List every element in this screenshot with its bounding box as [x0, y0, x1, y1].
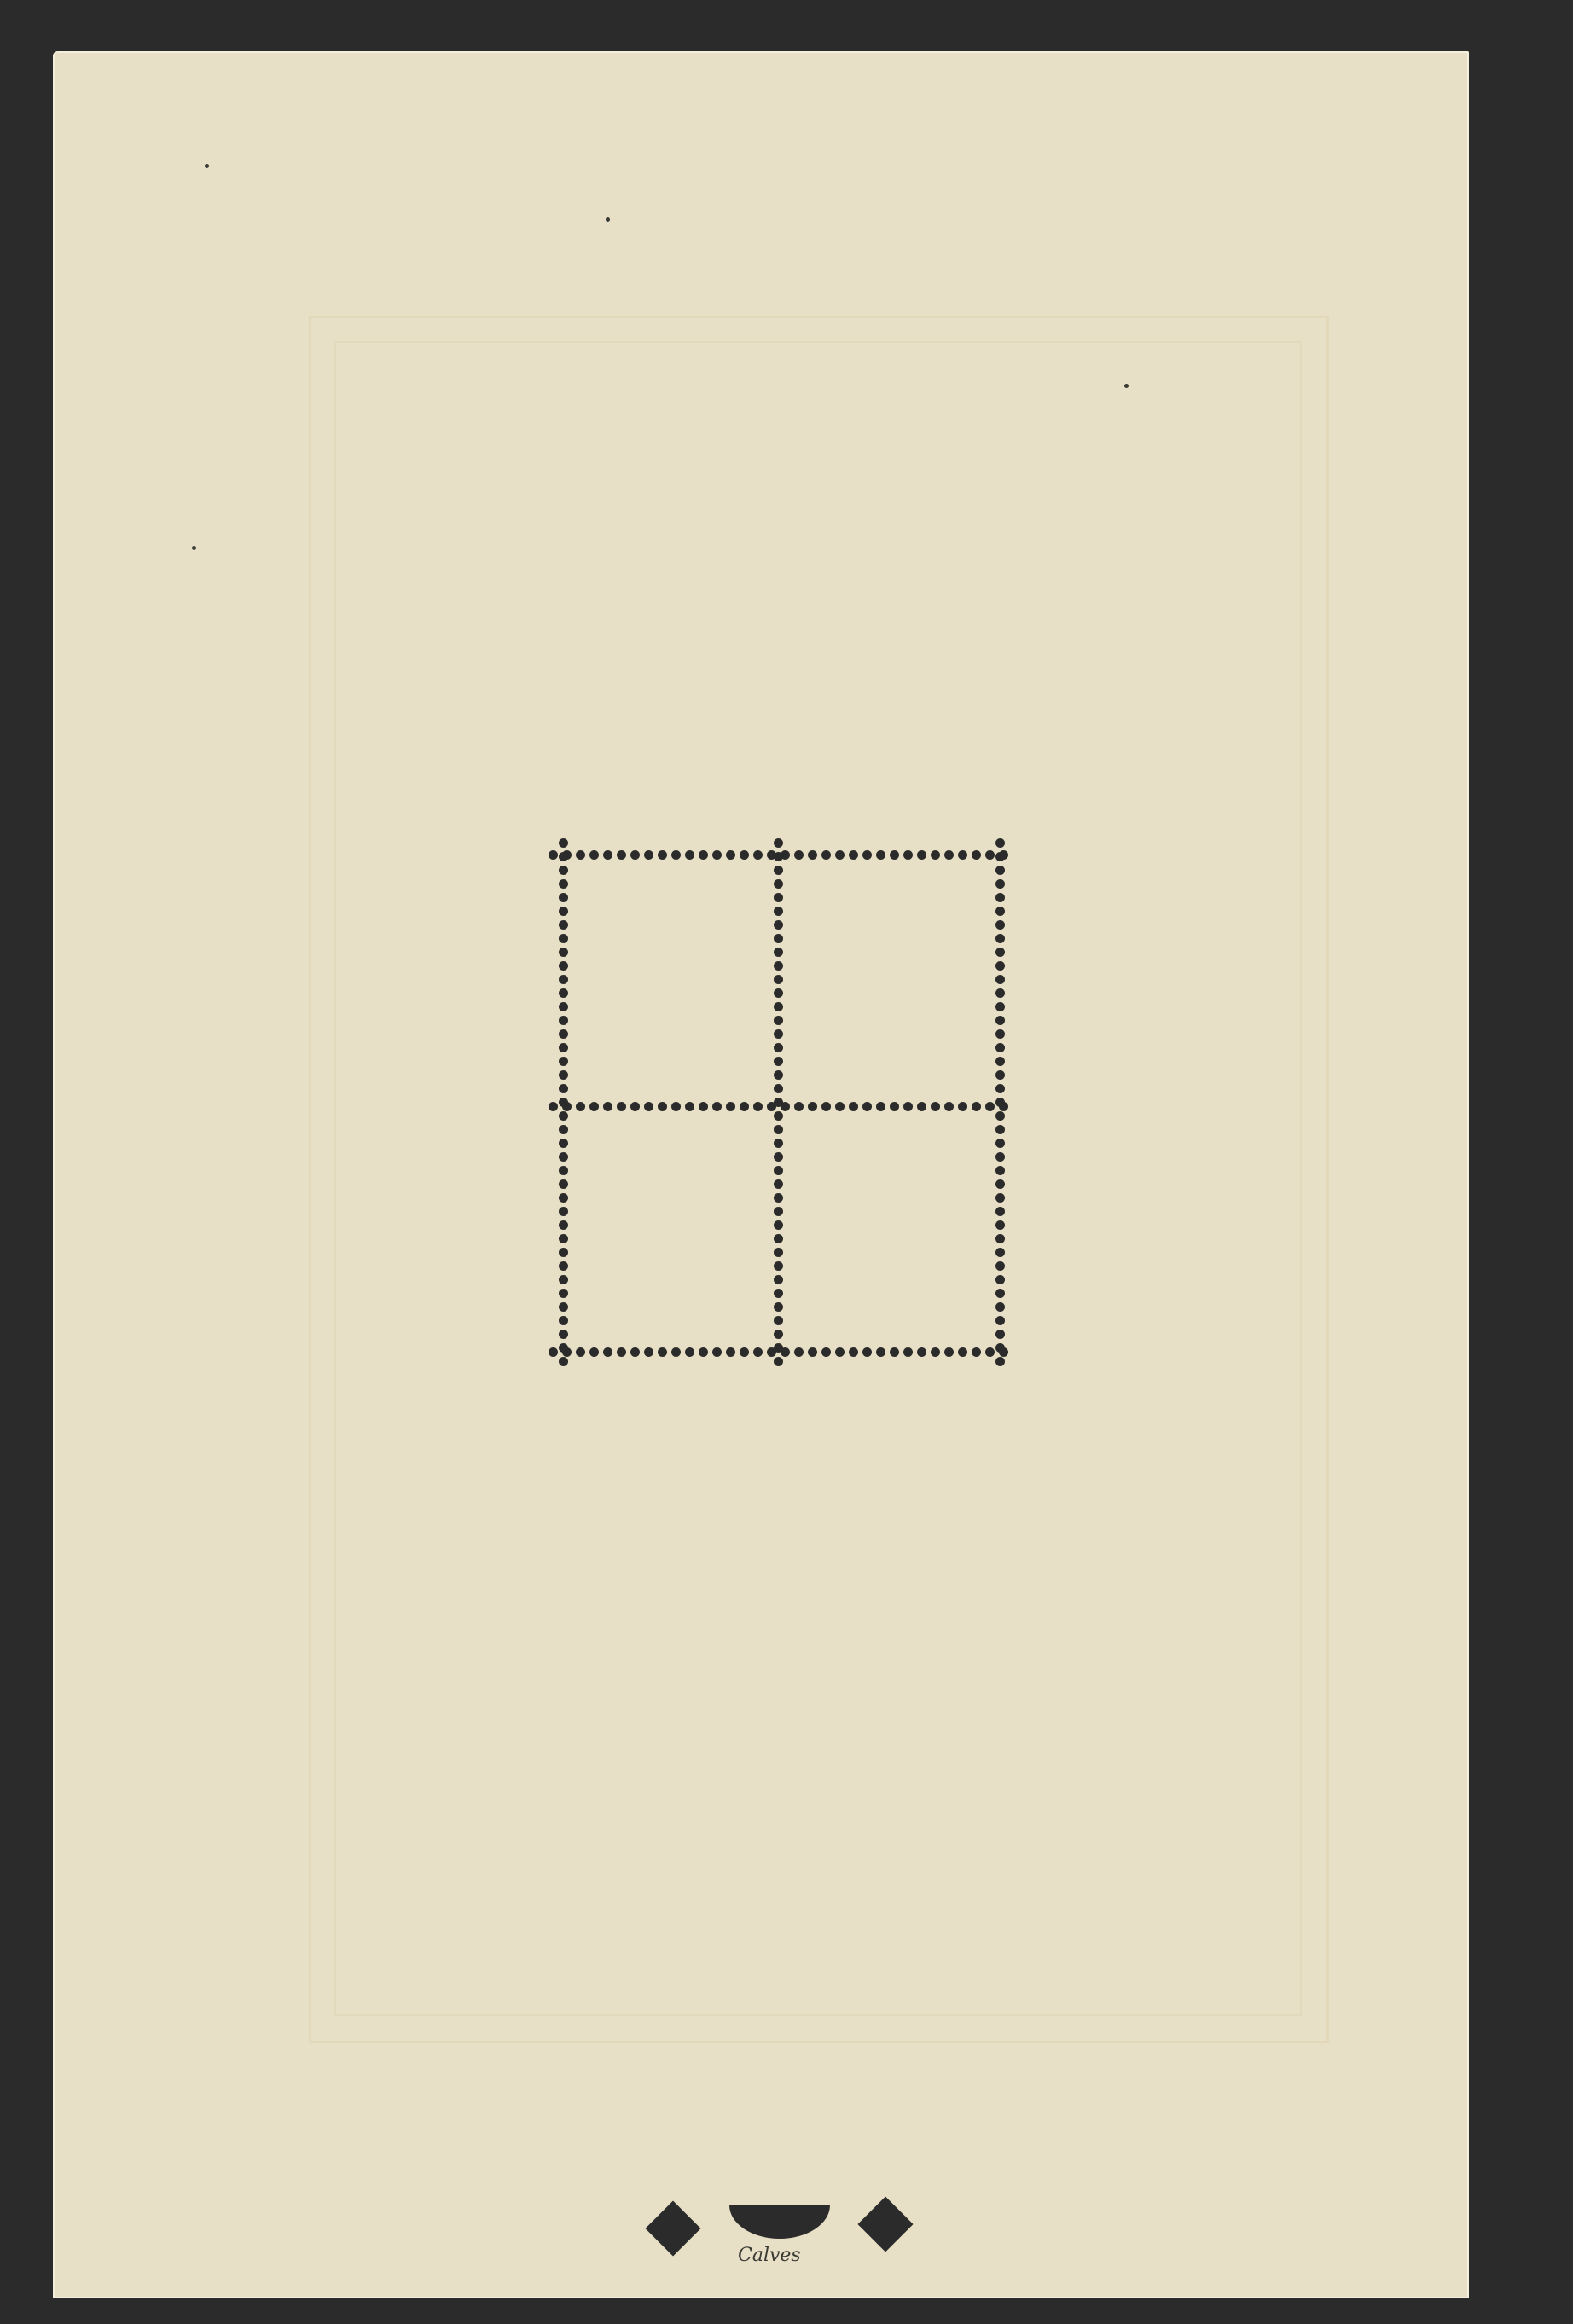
perforation-hole [671, 1347, 681, 1357]
perforation-hole [774, 1139, 783, 1148]
perforation-hole [995, 1166, 1005, 1175]
perforation-hole [903, 1347, 913, 1357]
perforation-hole [774, 838, 783, 848]
speck [192, 546, 196, 550]
perforation-hole [774, 1289, 783, 1298]
perforation-hole [849, 1102, 858, 1111]
perforation-hole [559, 1220, 568, 1230]
perforation-hole [774, 1098, 783, 1107]
perforation-hole [774, 1125, 783, 1134]
perforation-hole [995, 1002, 1005, 1011]
perforation-hole [995, 961, 1005, 971]
perforation-hole [995, 1302, 1005, 1312]
perforation-hole [559, 1302, 568, 1312]
perforation-hole [862, 1347, 872, 1357]
perforation-hole [559, 1070, 568, 1080]
perforation-hole [995, 1316, 1005, 1325]
perforation-hole [995, 1125, 1005, 1134]
perforation-hole [589, 850, 599, 860]
perforation-hole [671, 1102, 681, 1111]
perforation-hole [931, 850, 940, 860]
perforation-hole [559, 1193, 568, 1203]
perforation-hole [685, 1102, 694, 1111]
perforation-hole [774, 866, 783, 875]
perforation-hole [559, 1275, 568, 1284]
perforation-hole [617, 850, 626, 860]
perforation-hole [995, 1275, 1005, 1284]
perforation-hole [658, 1102, 667, 1111]
perforation-hole [794, 1102, 804, 1111]
perforation-hole [685, 1347, 694, 1357]
perforation-hole [559, 1261, 568, 1271]
perforation-hole [753, 850, 763, 860]
perforation-hole [774, 1275, 783, 1284]
perforation-hole [726, 1102, 735, 1111]
perforation-hole [630, 1347, 640, 1357]
perforation-hole [995, 1029, 1005, 1039]
perforation-hole [774, 893, 783, 902]
perforation-hole [774, 1016, 783, 1025]
perforation-hole [774, 1248, 783, 1257]
perforation-hole [559, 1289, 568, 1298]
perforation-hole [835, 1347, 845, 1357]
perforation-hole [917, 850, 926, 860]
perforation-hole [774, 1316, 783, 1325]
perforation-hole [559, 1207, 568, 1216]
perforation-hole [685, 850, 694, 860]
perforation-hole [808, 1347, 817, 1357]
perforation-hole [559, 1152, 568, 1162]
perforation-hole [671, 850, 681, 860]
perforation-hole [995, 1343, 1005, 1353]
speck [1124, 384, 1129, 388]
perforation-hole [995, 920, 1005, 930]
perforation-hole [603, 1102, 612, 1111]
perforation-hole [985, 850, 995, 860]
show-through-inner-border [334, 341, 1302, 2016]
perforation-hole [617, 1102, 626, 1111]
perforation-hole [985, 1347, 995, 1357]
perforation-hole [862, 850, 872, 860]
perforation-hole [995, 1220, 1005, 1230]
perforation-hole [917, 1347, 926, 1357]
perforation-hole [576, 1102, 585, 1111]
perforation-hole [774, 934, 783, 943]
perforation-hole [559, 1057, 568, 1066]
perforation-hole [589, 1102, 599, 1111]
perforation-hole [995, 1357, 1005, 1366]
perforation-hole [559, 988, 568, 998]
perforation-hole [995, 1016, 1005, 1025]
perforation-hole [559, 1016, 568, 1025]
perforation-hole [995, 838, 1005, 848]
perforation-hole [726, 1347, 735, 1357]
perforation-hole [774, 1302, 783, 1312]
perforation-hole [559, 1234, 568, 1243]
perforation-hole [589, 1347, 599, 1357]
perforation-hole [549, 850, 558, 860]
perforation-hole [774, 961, 783, 971]
perforation-hole [890, 1347, 899, 1357]
perforation-hole [559, 1029, 568, 1039]
perforation-hole [712, 1347, 722, 1357]
perforation-hole [559, 948, 568, 957]
perforation-hole [995, 948, 1005, 957]
perforation-hole [774, 1357, 783, 1366]
perforation-hole [808, 850, 817, 860]
perforation-hole [630, 850, 640, 860]
perforation-hole [944, 850, 954, 860]
perforation-hole [559, 975, 568, 984]
perforation-hole [699, 850, 708, 860]
perforation-hole [549, 1347, 558, 1357]
perforation-hole [712, 850, 722, 860]
perforation-hole [774, 1043, 783, 1052]
perforation-hole [774, 852, 783, 861]
souvenir-sheet [53, 51, 1469, 2298]
perforation-hole [821, 850, 831, 860]
perforation-hole [995, 1084, 1005, 1093]
perforation-hole [559, 866, 568, 875]
perforation-hole [644, 1102, 653, 1111]
perforation-hole [821, 1347, 831, 1357]
perforation-hole [617, 1347, 626, 1357]
perforation-hole [774, 975, 783, 984]
perforation-hole [876, 850, 885, 860]
perforation-hole [774, 1070, 783, 1080]
perforation-hole [774, 1179, 783, 1189]
perforation-hole [995, 1070, 1005, 1080]
perforation-hole [740, 850, 749, 860]
perforation-hole [972, 1347, 981, 1357]
perforation-hole [995, 1234, 1005, 1243]
perforation-hole [559, 893, 568, 902]
perforation-hole [931, 1102, 940, 1111]
perforation-hole [995, 934, 1005, 943]
perforation-hole [559, 920, 568, 930]
perforation-hole [559, 1248, 568, 1257]
perforation-hole [559, 1343, 568, 1353]
perforation-hole [658, 850, 667, 860]
perforation-hole [958, 1102, 967, 1111]
perforation-hole [774, 1111, 783, 1121]
perforation-hole [995, 1139, 1005, 1148]
speck [606, 217, 610, 222]
perforation-hole [995, 1193, 1005, 1203]
perforation-hole [958, 1347, 967, 1357]
perforation-hole [995, 1207, 1005, 1216]
perforation-hole [995, 866, 1005, 875]
perforation-hole [995, 879, 1005, 889]
perforation-hole [576, 850, 585, 860]
perforation-hole [821, 1102, 831, 1111]
perforation-hole [958, 850, 967, 860]
perforation-hole [774, 1207, 783, 1216]
perforation-hole [995, 1289, 1005, 1298]
speck [205, 164, 209, 168]
perforation-hole [995, 1152, 1005, 1162]
perforation-hole [630, 1102, 640, 1111]
perforation-hole [559, 852, 568, 861]
perforation-hole [559, 1316, 568, 1325]
perforation-hole [576, 1347, 585, 1357]
perforation-hole [712, 1102, 722, 1111]
perforation-hole [774, 1193, 783, 1203]
perforation-hole [559, 1043, 568, 1052]
perforation-hole [903, 1102, 913, 1111]
perforation-hole [603, 1347, 612, 1357]
perforation-hole [808, 1102, 817, 1111]
perforation-hole [549, 1102, 558, 1111]
perforation-hole [995, 1248, 1005, 1257]
perforation-hole [995, 1111, 1005, 1121]
perforation-hole [995, 1261, 1005, 1271]
perforation-hole [972, 1102, 981, 1111]
perforation-hole [603, 850, 612, 860]
perforation-hole [559, 838, 568, 848]
perforation-hole [753, 1102, 763, 1111]
perforation-hole [794, 850, 804, 860]
perforation-hole [774, 1234, 783, 1243]
perforation-hole [753, 1347, 763, 1357]
perforation-hole [644, 1347, 653, 1357]
perforation-hole [835, 1102, 845, 1111]
perforation-hole [559, 1125, 568, 1134]
perforation-hole [774, 1220, 783, 1230]
perforation-hole [559, 1179, 568, 1189]
perforation-hole [890, 1102, 899, 1111]
perforation-hole [726, 850, 735, 860]
perforation-hole [774, 1057, 783, 1066]
perforation-hole [559, 934, 568, 943]
perforation-hole [917, 1102, 926, 1111]
perforation-hole [774, 988, 783, 998]
perforation-hole [774, 1166, 783, 1175]
perforation-hole [890, 850, 899, 860]
perforation-hole [995, 988, 1005, 998]
perforation-hole [774, 1343, 783, 1353]
perforation-hole [559, 961, 568, 971]
perforation-hole [995, 1330, 1005, 1339]
perforation-hole [995, 1098, 1005, 1107]
perforation-hole [774, 1152, 783, 1162]
perforation-hole [559, 1166, 568, 1175]
perforation-hole [774, 920, 783, 930]
perforation-hole [740, 1102, 749, 1111]
perforation-hole [995, 893, 1005, 902]
perforation-hole [699, 1102, 708, 1111]
perforation-hole [559, 1330, 568, 1339]
perforation-hole [774, 1029, 783, 1039]
perforation-hole [559, 1002, 568, 1011]
perforation-hole [559, 1111, 568, 1121]
perforation-hole [559, 1084, 568, 1093]
perforation-hole [876, 1347, 885, 1357]
perforation-hole [774, 907, 783, 916]
perforation-hole [972, 850, 981, 860]
perforation-hole [995, 1057, 1005, 1066]
perforation-hole [559, 879, 568, 889]
perforation-hole [876, 1102, 885, 1111]
perforation-hole [995, 852, 1005, 861]
perforation-hole [740, 1347, 749, 1357]
perforation-hole [985, 1102, 995, 1111]
perforation-hole [774, 879, 783, 889]
perforation-hole [559, 1357, 568, 1366]
perforation-hole [995, 1043, 1005, 1052]
perforation-hole [931, 1347, 940, 1357]
perforation-hole [774, 1084, 783, 1093]
perforation-hole [774, 1002, 783, 1011]
perforation-hole [794, 1347, 804, 1357]
perforation-hole [559, 907, 568, 916]
perforation-hole [944, 1102, 954, 1111]
perforation-hole [903, 850, 913, 860]
perforation-hole [644, 850, 653, 860]
perforation-hole [944, 1347, 954, 1357]
perforation-hole [849, 1347, 858, 1357]
perforation-hole [658, 1347, 667, 1357]
perforation-hole [995, 1179, 1005, 1189]
perforation-hole [774, 948, 783, 957]
signature: Calves [738, 2245, 801, 2266]
perforation-hole [995, 907, 1005, 916]
perforation-hole [849, 850, 858, 860]
perforation-hole [774, 1261, 783, 1271]
perforation-hole [774, 1330, 783, 1339]
perforation-hole [559, 1098, 568, 1107]
perforation-hole [835, 850, 845, 860]
perforation-hole [862, 1102, 872, 1111]
perforation-hole [699, 1347, 708, 1357]
perforation-hole [559, 1139, 568, 1148]
perforation-hole [995, 975, 1005, 984]
